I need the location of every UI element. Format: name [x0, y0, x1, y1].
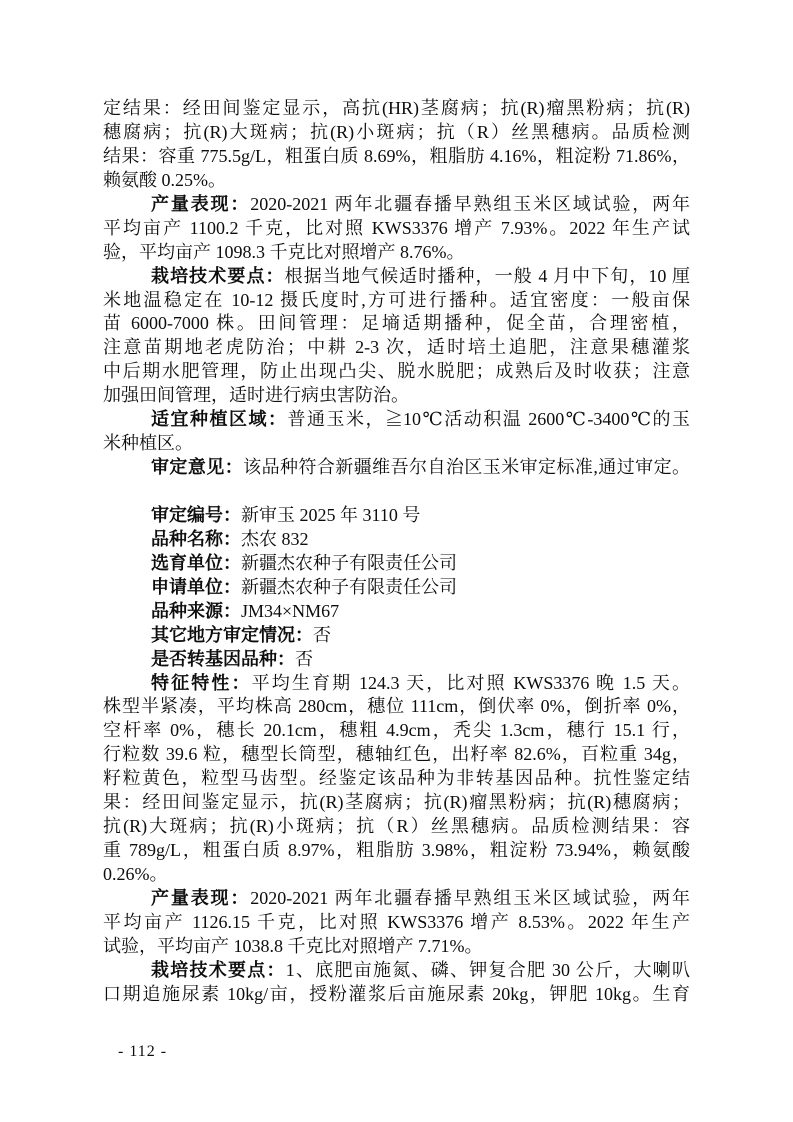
field-label: 品种来源：: [151, 601, 241, 621]
text-line: 栽培技术要点：1、底肥亩施氮、磷、钾复合肥 30 公斤，大喇叭: [103, 959, 690, 983]
text-line: 果：经田间鉴定显示，抗(R)茎腐病；抗(R)瘤黑粉病；抗(R)穗腐病；: [103, 791, 690, 815]
text-line: 抗(R)大斑病；抗(R)小斑病；抗（R）丝黑穗病。品质检测结果：容: [103, 815, 690, 839]
text-line: 苗 6000-7000 株。田间管理：足墒适期播种，促全苗，合理密植，: [103, 312, 690, 336]
field-label: 适宜种植区域：: [151, 409, 288, 429]
text-line: 品种名称：杰农 832: [103, 528, 690, 552]
text-line: 赖氨酸 0.25%。: [103, 169, 690, 193]
text-line: 平均亩产 1100.2 千克，比对照 KWS3376 增产 7.93%。2022…: [103, 217, 690, 241]
text-line: 适宜种植区域：普通玉米，≧10℃活动积温 2600℃-3400℃的玉: [103, 408, 690, 432]
text-line: 米地温稳定在 10-12 摄氏度时,方可进行播种。适宜密度：一般亩保: [103, 289, 690, 313]
field-label: 产量表现：: [151, 888, 250, 908]
text-line: 产量表现：2020-2021 两年北疆春播早熟组玉米区域试验，两年: [103, 193, 690, 217]
text-line: 是否转基因品种：否: [103, 648, 690, 672]
text-line: 行粒数 39.6 粒，穗型长筒型，穗轴红色，出籽率 82.6%，百粒重 34g，: [103, 743, 690, 767]
text-line: 注意苗期地老虎防治；中耕 2-3 次，适时培土追肥，注意果穗灌浆: [103, 336, 690, 360]
blank-line: [103, 480, 690, 504]
text-line: 籽粒黄色，粒型马齿型。经鉴定该品种为非转基因品种。抗性鉴定结: [103, 767, 690, 791]
text-line: 定结果：经田间鉴定显示，高抗(HR)茎腐病；抗(R)瘤黑粉病；抗(R): [103, 97, 690, 121]
text-line: 栽培技术要点：根据当地气候适时播种，一般 4 月中下旬，10 厘: [103, 265, 690, 289]
field-label: 品种名称：: [151, 529, 241, 549]
text-line: 穗腐病；抗(R)大斑病；抗(R)小斑病；抗（R）丝黑穗病。品质检测: [103, 121, 690, 145]
text-line: 米种植区。: [103, 432, 690, 456]
text-line: 口期追施尿素 10kg/亩，授粉灌浆后亩施尿素 20kg，钾肥 10kg。生育: [103, 983, 690, 1007]
text-line: 结果：容重 775.5g/L，粗蛋白质 8.69%，粗脂肪 4.16%，粗淀粉 …: [103, 145, 690, 169]
text-line: 申请单位：新疆杰农种子有限责任公司: [103, 576, 690, 600]
field-label: 是否转基因品种：: [151, 649, 295, 669]
field-label: 选育单位：: [151, 553, 241, 573]
text-line: 验，平均亩产 1098.3 千克比对照增产 8.76%。: [103, 241, 690, 265]
field-label: 申请单位：: [151, 577, 241, 597]
field-label: 特征特性：: [151, 673, 252, 693]
text-line: 加强田间管理，适时进行病虫害防治。: [103, 384, 690, 408]
text-line: 株型半紧凑，平均株高 280cm，穗位 111cm，倒伏率 0%，倒折率 0%，: [103, 695, 690, 719]
field-label: 审定意见：: [151, 457, 243, 477]
field-label: 其它地方审定情况：: [151, 625, 313, 645]
field-label: 产量表现：: [151, 194, 250, 214]
field-label: 栽培技术要点：: [151, 266, 285, 286]
text-line: 试验，平均亩产 1038.8 千克比对照增产 7.71%。: [103, 935, 690, 959]
document-page: 定结果：经田间鉴定显示，高抗(HR)茎腐病；抗(R)瘤黑粉病；抗(R)穗腐病；抗…: [0, 0, 793, 1122]
text-line: 0.26%。: [103, 863, 690, 887]
text-line: 平均亩产 1126.15 千克，比对照 KWS3376 增产 8.53%。202…: [103, 911, 690, 935]
page-body: 定结果：经田间鉴定显示，高抗(HR)茎腐病；抗(R)瘤黑粉病；抗(R)穗腐病；抗…: [103, 97, 690, 1007]
field-label: 审定编号：: [151, 505, 241, 525]
field-label: 栽培技术要点：: [151, 960, 286, 980]
text-line: 特征特性：平均生育期 124.3 天，比对照 KWS3376 晚 1.5 天。: [103, 672, 690, 696]
text-line: 品种来源：JM34×NM67: [103, 600, 690, 624]
text-line: 中后期水肥管理，防止出现凸尖、脱水脱肥；成熟后及时收获；注意: [103, 360, 690, 384]
text-line: 产量表现：2020-2021 两年北疆春播早熟组玉米区域试验，两年: [103, 887, 690, 911]
text-line: 其它地方审定情况：否: [103, 624, 690, 648]
text-line: 重 789g/L，粗蛋白质 8.97%，粗脂肪 3.98%，粗淀粉 73.94%…: [103, 839, 690, 863]
text-line: 空杆率 0%，穗长 20.1cm，穗粗 4.9cm，秃尖 1.3cm，穗行 15…: [103, 719, 690, 743]
text-line: 审定意见：该品种符合新疆维吾尔自治区玉米审定标准,通过审定。: [103, 456, 690, 480]
page-number: - 112 -: [118, 1043, 167, 1061]
text-line: 审定编号：新审玉 2025 年 3110 号: [103, 504, 690, 528]
text-line: 选育单位：新疆杰农种子有限责任公司: [103, 552, 690, 576]
